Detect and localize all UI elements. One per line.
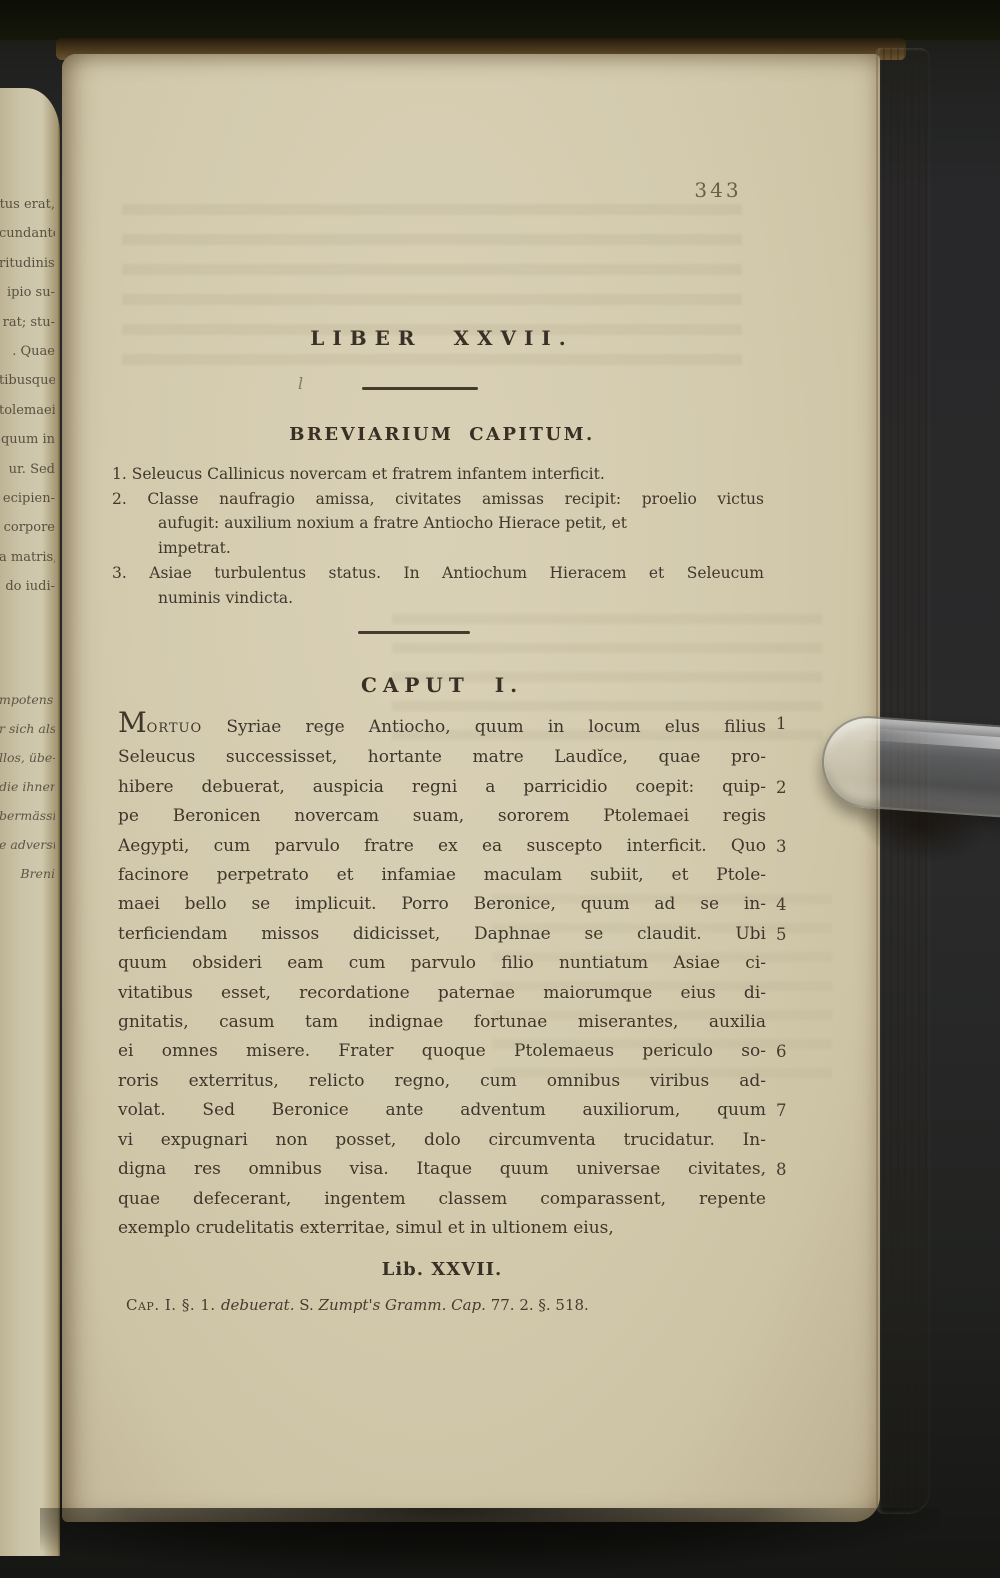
- footnote-segment: debuerat.: [221, 1296, 295, 1314]
- divider-rule: [362, 387, 478, 390]
- breviarium-line: aufugit: auxilium noxium a fratre Antioc…: [112, 511, 764, 536]
- body-paragraph: MORTUO Syriae rege Antiocho, quum in loc…: [118, 709, 766, 1243]
- margin-fragments-top: tus erat,cundanteritudinis,ipio su-rat; …: [0, 190, 55, 602]
- margin-fragment-line: e adversus: [0, 830, 55, 859]
- divider-rule: [358, 631, 470, 634]
- chapter-heading: CAPUT I.: [118, 673, 766, 697]
- transparent-bookmark: [819, 713, 1000, 819]
- margin-fragment-line: tibusque: [0, 366, 55, 395]
- margin-fragment-line: tus erat,: [0, 190, 55, 219]
- section-number: 1: [776, 709, 810, 738]
- bleedthrough-texture: [122, 204, 742, 384]
- margin-fragment-line: ecipien-: [0, 484, 55, 513]
- body-text-line: gnitatis, casum tam indignae fortunae mi…: [118, 1008, 766, 1037]
- breviarium-line: 1. Seleucus Callinicus novercam et fratr…: [112, 462, 764, 487]
- margin-fragments-bottom: mpotens istr sich alsllos, übe-die ihnen…: [0, 685, 55, 888]
- margin-fragment-line: corpore: [0, 513, 55, 542]
- scanner-bed-top: [0, 0, 1000, 40]
- breviarium-line: 2. Classe naufragio amissa, civitates am…: [112, 487, 764, 512]
- body-text-line: maei bello se implicuit. Porro Beronice,…: [118, 890, 766, 919]
- section-number: 6: [776, 1037, 810, 1066]
- margin-fragment-line: llos, übe-: [0, 743, 55, 772]
- footnote-segment: Cap. I. §. 1.: [126, 1296, 221, 1314]
- book-page: 343 LIBER XXVII. l BREVIARIUM CAPITUM. 1…: [62, 54, 880, 1522]
- body-text-line: MORTUO Syriae rege Antiocho, quum in loc…: [118, 709, 766, 743]
- body-text-line: vitatibus esset, recordatione paternae m…: [118, 979, 766, 1008]
- scanned-book-photo: tus erat,cundanteritudinis,ipio su-rat; …: [0, 0, 1000, 1578]
- margin-fragment-line: die ihnen: [0, 772, 55, 801]
- body-text-line: exemplo crudelitatis exterritae, simul e…: [118, 1214, 766, 1243]
- margin-fragment-line: do iudi-: [0, 572, 55, 601]
- breviarium-line: impetrat.: [112, 536, 764, 561]
- drop-cap-smallcaps: ORTUO: [147, 721, 203, 736]
- breviarium-line: numinis vindicta.: [112, 586, 764, 611]
- margin-fragment-line: rat; stu-: [0, 308, 55, 337]
- breviarium-list: 1. Seleucus Callinicus novercam et fratr…: [112, 462, 764, 610]
- margin-fragment-line: ur. Sed: [0, 455, 55, 484]
- margin-fragment-line: Breni: [0, 859, 55, 888]
- margin-fragment-line: tolemaei: [0, 396, 55, 425]
- margin-fragment-line: ipio su-: [0, 278, 55, 307]
- body-text-line: ei omnes misere. Frater quoque Ptolemaeu…: [118, 1037, 766, 1066]
- body-text-line: quae defecerant, ingentem classem compar…: [118, 1185, 766, 1214]
- margin-fragment-line: a matris,: [0, 543, 55, 572]
- body-text-line: Aegypti, cum parvulo fratre ex ea suscep…: [118, 832, 766, 861]
- section-number: 7: [776, 1096, 810, 1125]
- footnote-segment: 77. 2. §. 518.: [486, 1296, 589, 1314]
- section-number: 4: [776, 890, 810, 919]
- section-number: 5: [776, 920, 810, 949]
- body-text-line: Seleucus successisset, hortante matre La…: [118, 743, 766, 772]
- section-number: 3: [776, 832, 810, 861]
- body-text-line: hibere debuerat, auspicia regni a parric…: [118, 773, 766, 802]
- book-title-heading: LIBER XXVII.: [118, 326, 766, 350]
- body-text-line: volat. Sed Beronice ante adventum auxili…: [118, 1096, 766, 1125]
- margin-fragment-line: ritudinis,: [0, 249, 55, 278]
- footnote: Cap. I. §. 1. debuerat. S. Zumpt's Gramm…: [126, 1296, 774, 1314]
- stray-ink-mark: l: [298, 374, 303, 393]
- footnote-segment: S.: [294, 1296, 318, 1314]
- margin-fragment-line: r sich als: [0, 714, 55, 743]
- margin-fragment-line: mpotens ist: [0, 685, 55, 714]
- section-number: 2: [776, 773, 810, 802]
- margin-fragment-line: quum in: [0, 425, 55, 454]
- body-text-line: vi expugnari non posset, dolo circumvent…: [118, 1126, 766, 1155]
- breviarium-heading: BREVIARIUM CAPITUM.: [118, 424, 766, 445]
- body-text-line: digna res omnibus visa. Itaque quum univ…: [118, 1155, 766, 1184]
- margin-fragment-line: bermässig: [0, 801, 55, 830]
- body-text-line: terficiendam missos didicisset, Daphnae …: [118, 920, 766, 949]
- body-text-line: roris exterritus, relicto regno, cum omn…: [118, 1067, 766, 1096]
- page-bottom-shadow: [40, 1508, 940, 1572]
- page-number: 343: [648, 178, 788, 202]
- breviarium-line: 3. Asiae turbulentus status. In Antiochu…: [112, 561, 764, 586]
- margin-fragment-line: cundante: [0, 219, 55, 248]
- margin-fragment-line: . Quae: [0, 337, 55, 366]
- body-text-line: facinore perpetrato et infamiae maculam …: [118, 861, 766, 890]
- drop-cap-initial: M: [118, 706, 147, 739]
- body-text-line: quum obsideri eam cum parvulo filio nunt…: [118, 949, 766, 978]
- footer-signature: Lib. XXVII.: [118, 1259, 766, 1280]
- footnote-segment: Zumpt's Gramm. Cap.: [319, 1296, 486, 1314]
- section-number: 8: [776, 1155, 810, 1184]
- body-text-line: pe Beronicen novercam suam, sororem Ptol…: [118, 802, 766, 831]
- facing-page-edge: tus erat,cundanteritudinis,ipio su-rat; …: [0, 88, 60, 1556]
